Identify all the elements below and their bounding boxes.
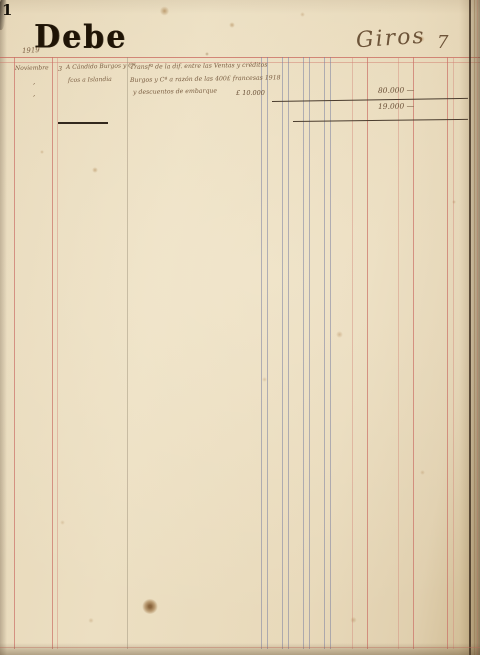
stain: [92, 167, 98, 173]
amount-value: 19.000 —: [378, 102, 414, 110]
ledger-scan-page: 1 Debe Giros 7 1919 Noviembre 3 A Cándid…: [0, 0, 480, 655]
stain: [418, 36, 425, 42]
stain: [350, 617, 357, 623]
folio-number: 7: [437, 32, 448, 53]
page-number: 1: [2, 1, 12, 19]
header-rule-top: [0, 57, 480, 58]
stain: [336, 331, 343, 338]
money-column-line: [303, 57, 304, 649]
amount-column-line: [367, 57, 368, 649]
ledger-title-debe: Debe: [34, 19, 127, 56]
entry-party: A Cándido Burgos y Cª: [66, 63, 136, 71]
detail-amount: £ 10.000: [236, 90, 265, 97]
money-column-line: [267, 57, 268, 649]
money-column-line: [288, 57, 289, 649]
stain: [420, 470, 425, 475]
stain: [142, 599, 158, 614]
stain: [262, 377, 267, 382]
stain: [160, 6, 169, 16]
amount-column-line: [352, 57, 353, 649]
entry-party: fcos a Islandia: [68, 77, 112, 84]
entry-detail: y descuentos de embarque: [133, 89, 217, 97]
page-edge-line: [469, 0, 471, 655]
margin-line: [14, 57, 15, 649]
money-column-line: [309, 57, 310, 649]
amount-value: 80.000 —: [378, 86, 414, 94]
entry-detail: Burgos y Cª a razón de las 400£ francesa…: [130, 75, 281, 84]
party-column-line: [127, 57, 128, 649]
year-label: 1919: [22, 47, 40, 55]
page-edge-line: [477, 0, 478, 655]
money-column-line: [324, 57, 325, 649]
entry-detail: Transfª de la dif. entre las Ventas y cr…: [130, 63, 268, 72]
stain: [452, 200, 456, 204]
sum-line: [293, 119, 468, 122]
sum-line: [272, 98, 468, 102]
page-edge-line: [474, 0, 475, 655]
stain: [229, 22, 235, 28]
bottom-edge-shadow: [0, 643, 480, 655]
amount-column-line: [453, 57, 454, 649]
stain: [40, 150, 44, 154]
amount-column-line: [413, 57, 414, 649]
money-column-line: [330, 57, 331, 649]
stain: [60, 520, 65, 525]
money-column-line: [282, 57, 283, 649]
stain: [300, 12, 305, 17]
account-title-giros: Giros: [355, 24, 426, 54]
stain: [205, 52, 209, 56]
stain: [88, 618, 94, 623]
date-column-line-2: [57, 57, 58, 649]
entry-month-ditto: ,: [33, 91, 35, 98]
money-column-line: [261, 57, 262, 649]
entry-month-ditto: ,: [33, 79, 35, 86]
entry-month: Noviembre: [15, 65, 49, 72]
entry-close-line: [58, 122, 108, 124]
amount-column-line: [447, 57, 448, 649]
amount-column-line: [398, 57, 399, 649]
date-column-line: [52, 57, 53, 649]
entry-day: 3: [58, 66, 62, 73]
